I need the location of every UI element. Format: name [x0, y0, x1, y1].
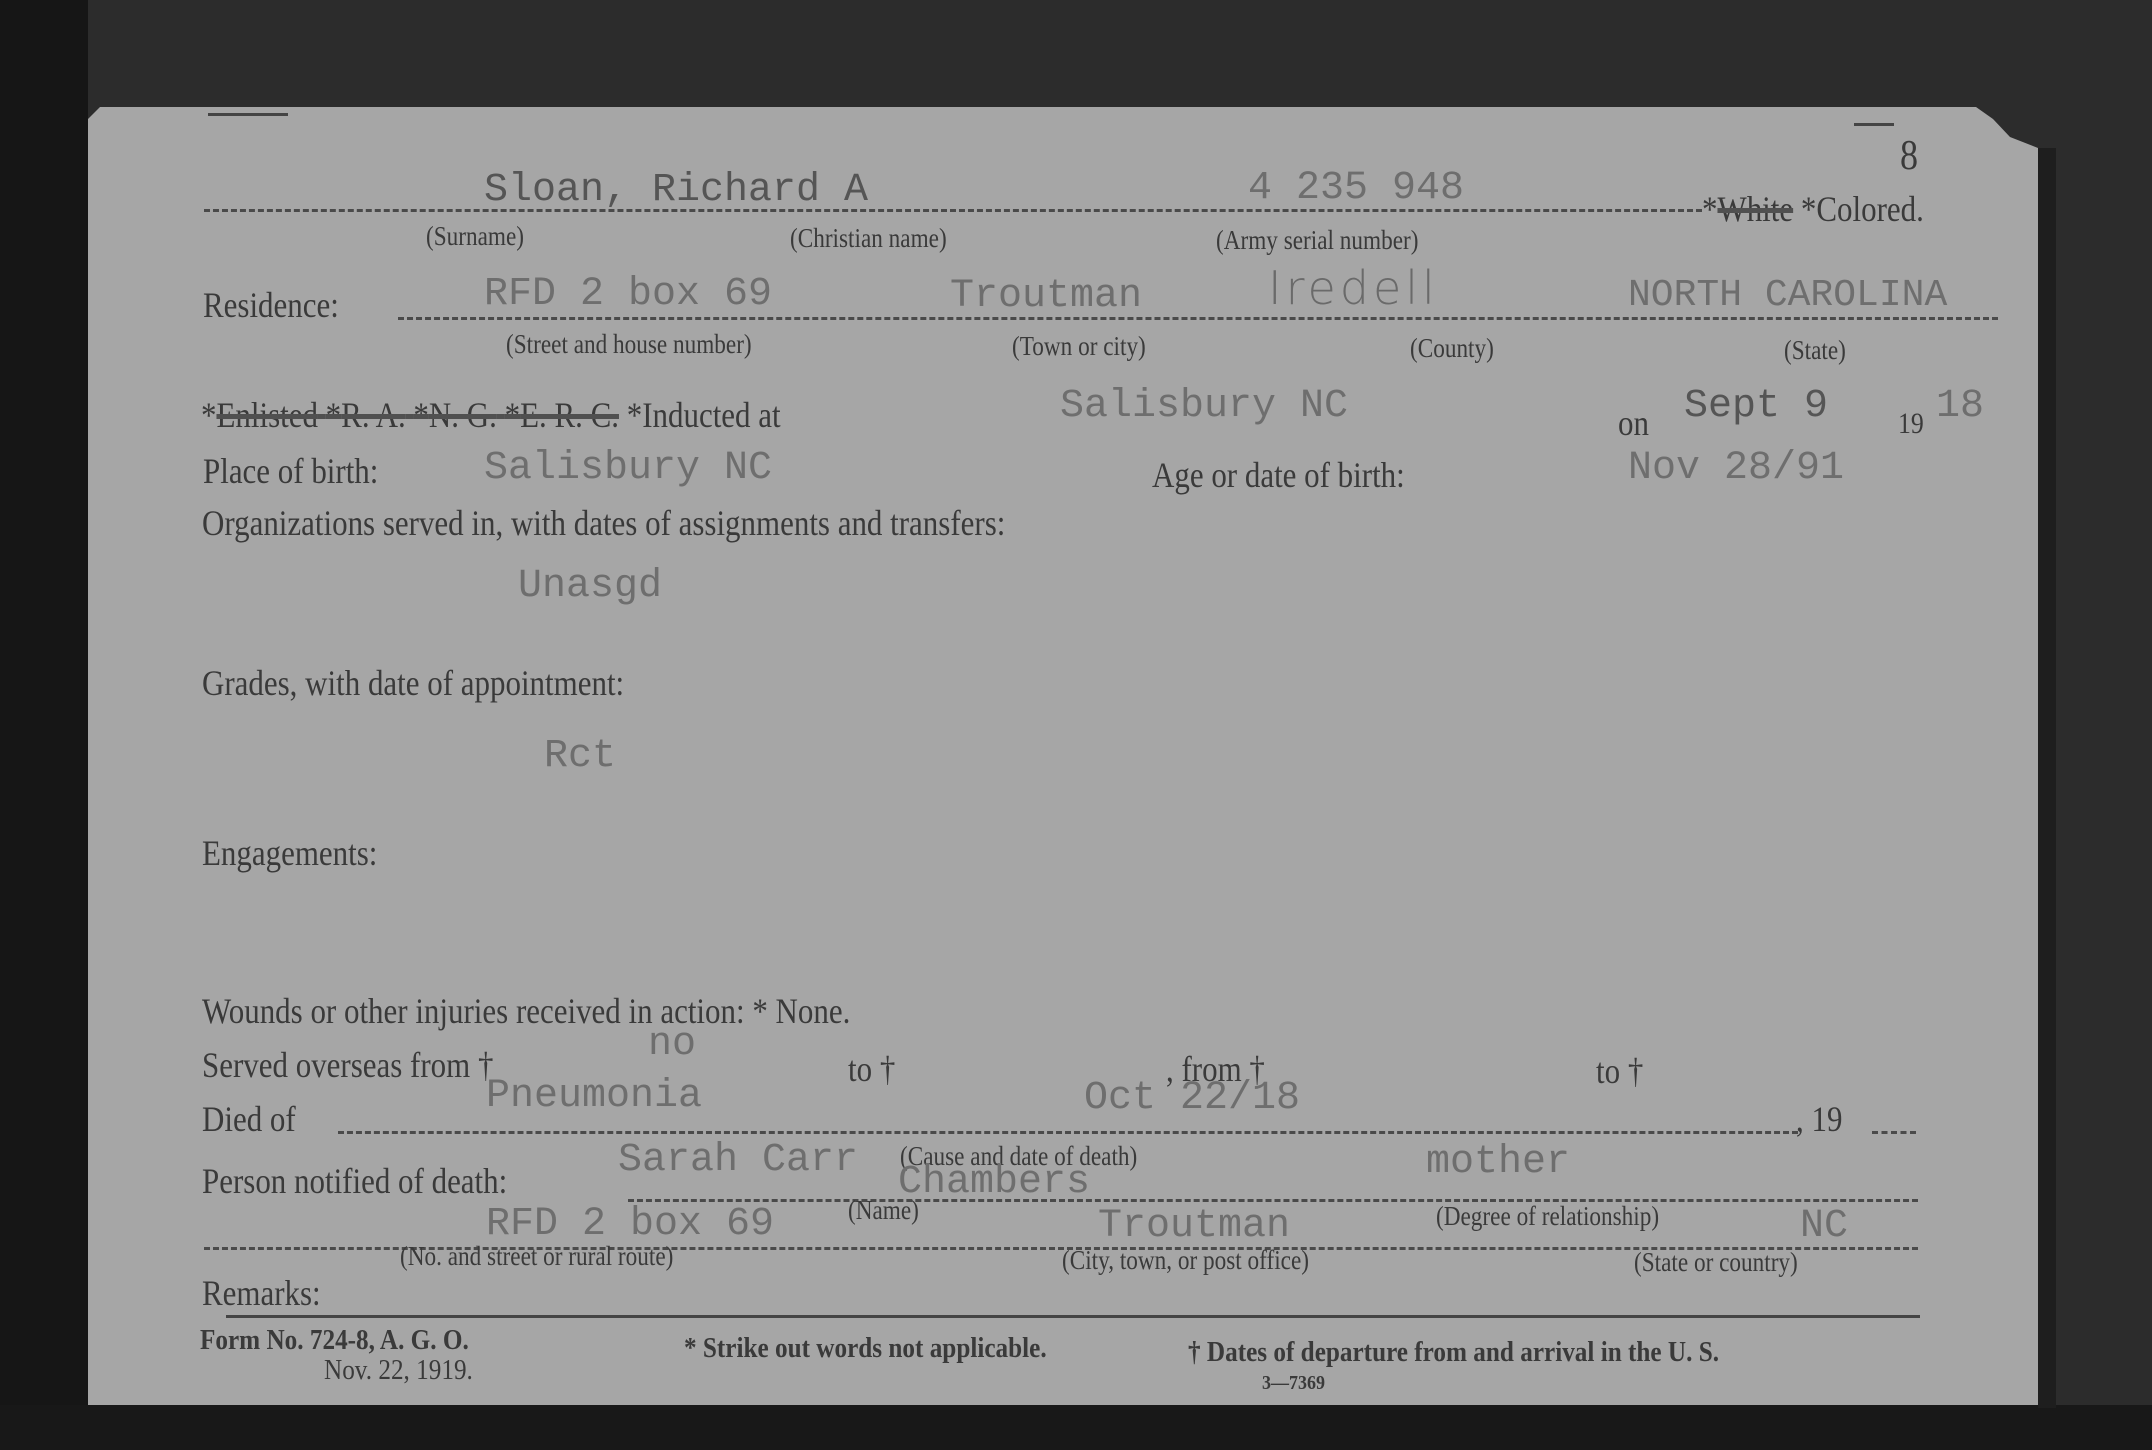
erc-struck: E. R. C.	[520, 395, 619, 435]
remarks-label: Remarks:	[202, 1275, 321, 1311]
name-caption: (Name)	[848, 1197, 919, 1224]
died-of-label: Died of	[202, 1101, 296, 1137]
relationship-value: mother	[1426, 1143, 1570, 1183]
place-of-birth-label: Place of birth:	[203, 453, 378, 489]
organization-value: Unasgd	[518, 567, 662, 607]
county-caption: (County)	[1410, 335, 1494, 362]
ng-struck: N. G.	[429, 395, 497, 435]
on-label: on	[1618, 405, 1649, 441]
age-or-dob-label: Age or date of birth:	[1152, 457, 1405, 493]
residence-town-value: Troutman	[950, 277, 1142, 317]
dagger-note: † Dates of departure from and arrival in…	[1188, 1339, 1719, 1367]
overseas-to-2-label: to †	[1596, 1053, 1643, 1089]
city-caption: (City, town, or post office)	[1062, 1247, 1309, 1274]
serial-number-caption: (Army serial number)	[1216, 227, 1418, 254]
served-overseas-label: Served overseas from †	[202, 1047, 493, 1083]
place-of-birth-value: Salisbury NC	[484, 449, 772, 489]
date-of-birth-value: Nov 28/91	[1628, 449, 1844, 489]
notified-name-line	[628, 1199, 1918, 1202]
enlistment-options: *Enlisted *R. A. *N. G. *E. R. C. *Induc…	[201, 397, 781, 433]
engagements-label: Engagements:	[202, 835, 377, 871]
print-code: 3—7369	[1262, 1373, 1325, 1393]
grades-label: Grades, with date of appointment:	[202, 665, 624, 701]
notified-street-value: RFD 2 box 69	[486, 1205, 774, 1245]
surname-caption: (Surname)	[426, 223, 524, 250]
name-value: Sloan, Richard A	[484, 171, 868, 211]
year-prefix: 19	[1898, 409, 1924, 439]
state-country-caption: (State or country)	[1634, 1249, 1798, 1276]
overseas-to-label: to †	[848, 1051, 895, 1087]
form-date: Nov. 22, 1919.	[324, 1357, 473, 1385]
notified-state-value: NC	[1800, 1207, 1848, 1247]
notified-name-value-2: Chambers	[898, 1163, 1090, 1203]
top-right-mark	[1854, 123, 1894, 126]
enlisted-struck: Enlisted	[216, 395, 317, 435]
race-white-struck: White	[1717, 189, 1793, 229]
state-caption: (State)	[1784, 337, 1846, 364]
christian-name-caption: (Christian name)	[790, 225, 947, 252]
scan-background-bottom	[0, 1405, 2152, 1450]
inducted-at-label: *Inducted at	[627, 395, 781, 435]
residence-label: Residence:	[203, 287, 339, 323]
town-caption: (Town or city)	[1012, 333, 1146, 360]
grade-value: Rct	[544, 737, 616, 777]
notified-city-value: Troutman	[1098, 1207, 1290, 1247]
serial-number-value: 4 235 948	[1248, 169, 1464, 209]
top-left-mark	[208, 113, 288, 116]
residence-line	[398, 317, 1998, 320]
street-caption: (Street and house number)	[506, 331, 752, 358]
form-number: Form No. 724-8, A. G. O.	[200, 1327, 469, 1355]
scan-background-left	[0, 0, 88, 1450]
cause-of-death-value: Pneumonia	[486, 1077, 702, 1117]
ra-struck: R. A.	[341, 395, 406, 435]
overseas-value: no	[648, 1025, 696, 1065]
remarks-line	[226, 1315, 1920, 1318]
relationship-caption: (Degree of relationship)	[1436, 1203, 1659, 1230]
scan-background-right	[2038, 148, 2056, 1408]
inducted-year-value: 18	[1936, 387, 1984, 427]
organizations-label: Organizations served in, with dates of a…	[202, 505, 1005, 541]
died-of-line	[338, 1131, 1798, 1134]
residence-street-value: RFD 2 box 69	[484, 275, 772, 315]
service-record-card: 8 Sloan, Richard A 4 235 948 *White *Col…	[88, 107, 2038, 1405]
person-notified-label: Person notified of death:	[202, 1163, 507, 1199]
strike-note: * Strike out words not applicable.	[684, 1335, 1047, 1363]
date-of-death-value: Oct 22/18	[1084, 1079, 1300, 1119]
residence-state-value: NORTH CAROLINA	[1628, 277, 1947, 315]
died-year-line	[1872, 1131, 1916, 1134]
race-colored: Colored.	[1816, 189, 1923, 229]
inducted-place-value: Salisbury NC	[1060, 387, 1348, 427]
page-number: 8	[1900, 135, 1918, 177]
name-line	[204, 209, 1702, 212]
inducted-date-value: Sept 9	[1684, 387, 1828, 427]
died-year-label: , 19	[1796, 1101, 1842, 1137]
residence-county-value: Iredell	[1268, 265, 1439, 311]
race-options: *White *Colored.	[1702, 191, 1924, 227]
wounds-label: Wounds or other injuries received in act…	[202, 993, 850, 1029]
no-street-caption: (No. and street or rural route)	[400, 1243, 673, 1270]
notified-name-value: Sarah Carr	[618, 1141, 858, 1181]
